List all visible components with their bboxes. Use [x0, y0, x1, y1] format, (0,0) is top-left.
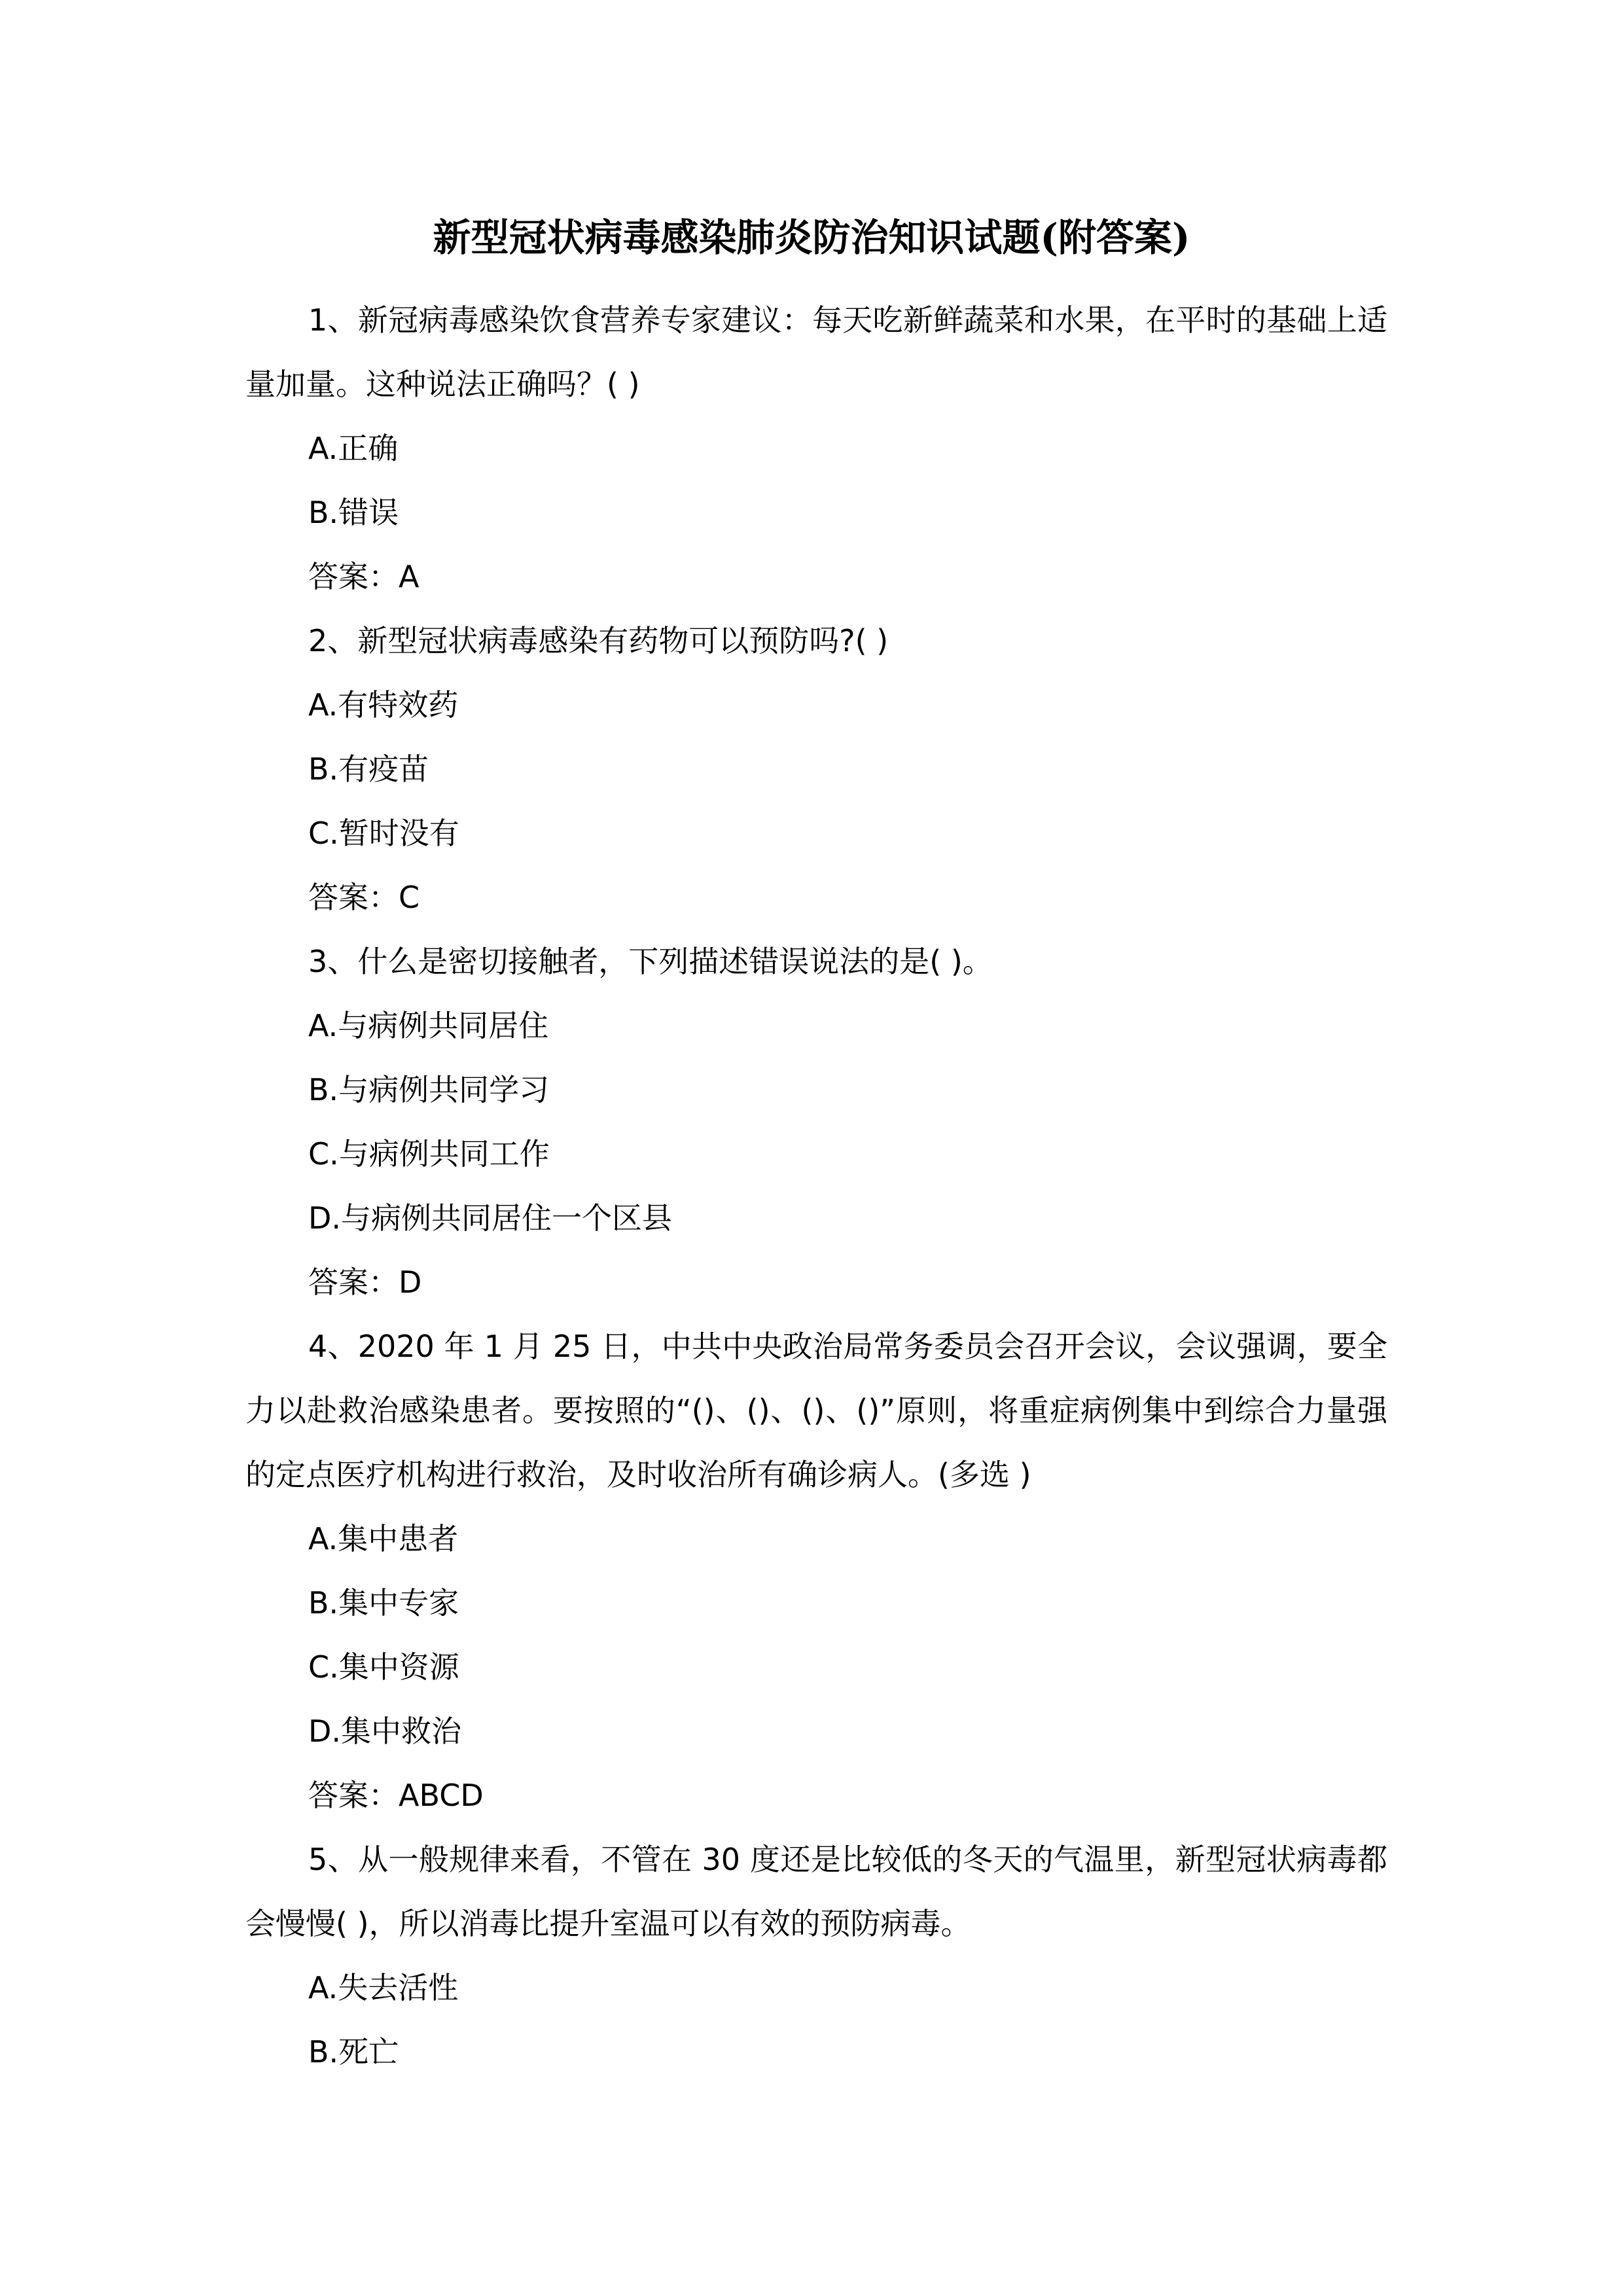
option-d: D.与病例共同居住一个区县: [245, 1186, 1387, 1250]
option-a: A.正确: [245, 416, 1387, 480]
answer-line: 答案：ABCD: [245, 1763, 1387, 1827]
option-a: A.与病例共同居住: [245, 994, 1387, 1058]
answer-line: 答案：D: [245, 1250, 1387, 1314]
option-a: A.集中患者: [245, 1507, 1387, 1571]
option-a: A.失去活性: [245, 1956, 1387, 2020]
question-4: 4、2020 年 1 月 25 日，中共中央政治局常务委员会召开会议，会议强调，…: [245, 1314, 1387, 1827]
option-a: A.有特效药: [245, 673, 1387, 737]
question-stem: 1、新冠病毒感染饮食营养专家建议：每天吃新鲜蔬菜和水果，在平时的基础上适量加量。…: [245, 288, 1387, 416]
question-stem: 3、什么是密切接触者，下列描述错误说法的是( )。: [245, 929, 1387, 994]
document-body: 1、新冠病毒感染饮食营养专家建议：每天吃新鲜蔬菜和水果，在平时的基础上适量加量。…: [245, 288, 1387, 2084]
option-b: B.与病例共同学习: [245, 1058, 1387, 1122]
question-2: 2、新型冠状病毒感染有药物可以预防吗?( ) A.有特效药 B.有疫苗 C.暂时…: [245, 609, 1387, 929]
question-stem: 4、2020 年 1 月 25 日，中共中央政治局常务委员会召开会议，会议强调，…: [245, 1314, 1387, 1507]
option-b: B.死亡: [245, 2020, 1387, 2084]
answer-line: 答案：A: [245, 545, 1387, 609]
document-title: 新型冠状病毒感染肺炎防治知识试题(附答案): [0, 208, 1623, 267]
option-b: B.集中专家: [245, 1571, 1387, 1635]
question-5: 5、从一般规律来看，不管在 30 度还是比较低的冬天的气温里，新型冠状病毒都会慢…: [245, 1827, 1387, 2084]
question-stem: 2、新型冠状病毒感染有药物可以预防吗?( ): [245, 609, 1387, 673]
option-b: B.错误: [245, 480, 1387, 545]
option-c: C.与病例共同工作: [245, 1122, 1387, 1186]
document-page: 新型冠状病毒感染肺炎防治知识试题(附答案) 1、新冠病毒感染饮食营养专家建议：每…: [0, 0, 1623, 2296]
answer-line: 答案：C: [245, 865, 1387, 929]
question-stem: 5、从一般规律来看，不管在 30 度还是比较低的冬天的气温里，新型冠状病毒都会慢…: [245, 1827, 1387, 1956]
option-d: D.集中救治: [245, 1699, 1387, 1763]
question-3: 3、什么是密切接触者，下列描述错误说法的是( )。 A.与病例共同居住 B.与病…: [245, 929, 1387, 1314]
option-c: C.暂时没有: [245, 801, 1387, 865]
option-b: B.有疫苗: [245, 737, 1387, 801]
option-c: C.集中资源: [245, 1635, 1387, 1699]
question-1: 1、新冠病毒感染饮食营养专家建议：每天吃新鲜蔬菜和水果，在平时的基础上适量加量。…: [245, 288, 1387, 609]
